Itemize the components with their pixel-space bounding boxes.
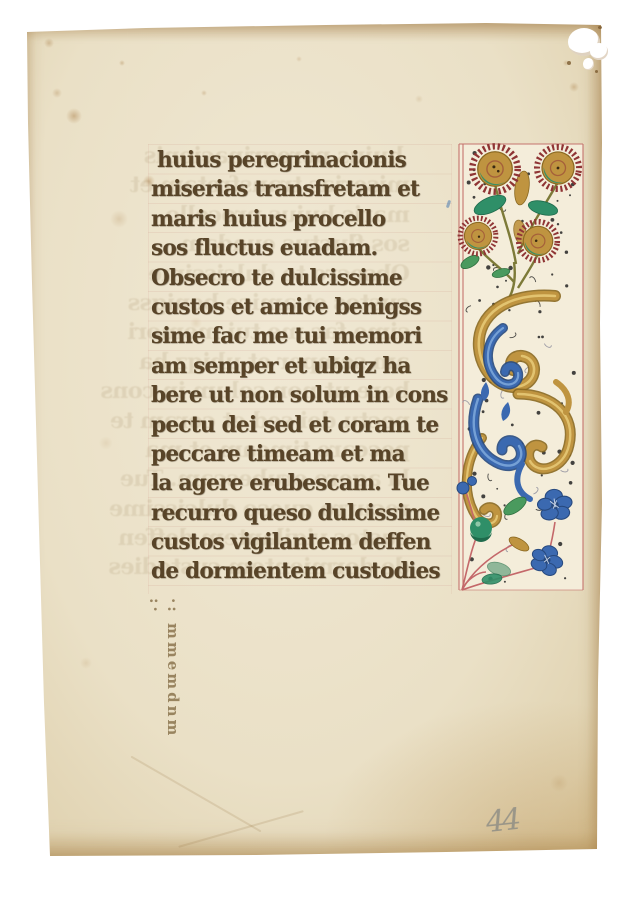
manuscript-text-line: la agere erubescam. Tue [151,469,441,498]
ink-dot [486,265,490,269]
ink-dot [557,223,559,225]
ink-dot [511,424,514,427]
ink-dot [569,194,571,196]
ink-dot [482,410,485,413]
ink-dot [473,196,476,199]
ink-dot [564,577,566,579]
photo-background: huius peregrinacionismiserias transfreta… [0,0,637,900]
ink-dot [538,336,541,339]
ink-dot [538,310,541,313]
edge-speck [595,70,598,73]
ink-dot [571,461,575,465]
ink-dot [560,231,563,234]
ink-dot [467,181,471,185]
ink-dot [504,581,506,583]
manuscript-text-line: pectu dei sed et coram te [151,411,441,440]
ink-dot [505,280,507,282]
manuscript-text-line: am semper et ubiqz ha [151,352,441,381]
ink-dot [565,251,568,254]
edge-speck [598,26,602,29]
ink-dot [551,273,553,275]
ink-dot [557,200,559,202]
ink-dot [496,488,498,490]
ink-dot [478,299,481,302]
ink-dot [572,371,576,375]
manuscript-text-line: miserias transfretam et [151,175,441,204]
manuscript-text-line: peccare timeam et ma [151,440,441,469]
manuscript-text-line: bere ut non solum in cons [151,381,441,410]
manuscript-text-line: de dormientem custodies [151,557,441,586]
ink-dot [565,284,568,287]
ink-dot [482,378,486,382]
edge-speck [567,61,571,65]
manuscript-text-line: custos et amice benigss [151,293,441,322]
ink-dot [541,474,543,476]
ink-dot [551,218,555,222]
ink-dot [481,494,485,498]
parchment-crease [131,756,262,833]
ink-dot [508,309,510,311]
manuscript-text-line: huius peregrinacionis [157,146,441,175]
illuminated-border-panel [456,142,586,594]
manuscript-text-line: maris huius procello [151,205,441,234]
manuscript-text-line: sime fac me tui memori [151,322,441,351]
ink-dot [496,286,499,289]
parchment-crease [178,810,304,848]
vertical-marginalia: ·: mmemdnm :· [158,598,182,758]
manuscript-text-line: custos vigilantem deffen [151,528,441,557]
parchment-chip [583,58,594,70]
ink-dot [472,472,476,476]
ink-dot [569,481,573,485]
manuscript-text-line: sos fluctus euadam. [151,234,441,263]
manuscript-text-line: Obsecro te dulcissime [151,264,441,293]
ink-dot [541,336,544,339]
manuscript-text-line: recurro queso dulcissime [151,499,441,528]
ink-dot [558,542,562,546]
ink-dot [537,411,541,415]
manuscript-text-block: huius peregrinacionismiserias transfreta… [151,146,453,587]
pencil-inscription: 44 [484,802,520,840]
parchment-chip [590,43,608,60]
ink-dot [504,504,506,506]
